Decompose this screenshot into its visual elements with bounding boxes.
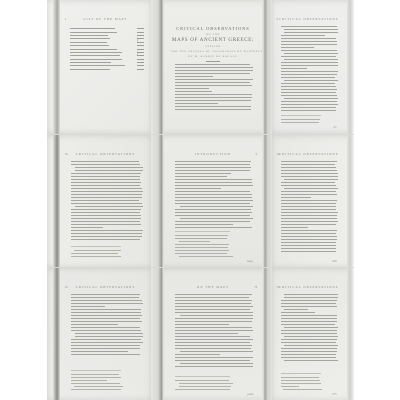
body-text bbox=[71, 161, 143, 259]
body-text bbox=[71, 294, 143, 392]
catchword: keep, bbox=[247, 259, 253, 263]
page-title: CRITICAL OBSERVATIONS ON THE MAPS OF ANC… bbox=[167, 0, 259, 134]
body-lines bbox=[281, 294, 338, 363]
footnote-block bbox=[175, 376, 230, 392]
title-line: BY M. BARBIE DU BOCAGE bbox=[171, 55, 256, 58]
folio-number-bottom: 47 bbox=[334, 125, 337, 129]
page-text: 73 ON THE MAPS point bbox=[167, 268, 259, 400]
running-header: CRITICAL OBSERVATIONS bbox=[68, 285, 143, 290]
brace-glyph: } bbox=[136, 52, 138, 57]
folio-number: x bbox=[65, 17, 67, 21]
page-text: 9 INTRODUCTION keep, bbox=[167, 135, 259, 268]
body-lines bbox=[71, 161, 143, 242]
folio-number: 73 bbox=[254, 285, 257, 289]
scan-page-text: 14 CRITICAL OBSERVATIONS 249 bbox=[272, 134, 354, 268]
body-lines bbox=[175, 161, 253, 230]
running-header: CRITICAL OBSERVATIONS bbox=[68, 152, 143, 157]
scan-page-contents: x LIST OF THE MAPS } } bbox=[47, 0, 151, 134]
contents-list bbox=[70, 27, 144, 71]
page-text: 12 CRITICAL OBSERVATIONS bbox=[63, 268, 148, 400]
running-header: INTRODUCTION bbox=[173, 152, 254, 157]
body-lines bbox=[281, 26, 338, 113]
body-text bbox=[175, 161, 253, 259]
footnote-block bbox=[175, 231, 230, 259]
title-block: CRITICAL OBSERVATIONS ON THE MAPS OF ANC… bbox=[171, 26, 256, 62]
title-line: CRITICAL OBSERVATIONS bbox=[171, 26, 256, 31]
scan-page-title: CRITICAL OBSERVATIONS ON THE MAPS OF ANC… bbox=[151, 0, 272, 134]
scan-page-text: 4 CRITICAL OBSERVATIONS 47 bbox=[272, 0, 354, 134]
running-header: CRITICAL OBSERVATIONS bbox=[279, 285, 338, 290]
scan-page-text: 73 ON THE MAPS point bbox=[151, 267, 272, 400]
title-line: MAPS OF ANCIENT GREECE; bbox=[171, 38, 256, 43]
scan-page-text: 12 CRITICAL OBSERVATIONS bbox=[47, 267, 151, 400]
footnote-block bbox=[71, 246, 122, 259]
title-rule bbox=[206, 61, 220, 62]
folio-number: 4 bbox=[276, 17, 278, 21]
running-header: CRITICAL OBSERVATIONS bbox=[279, 152, 338, 157]
footnote-block bbox=[281, 373, 321, 392]
body-text bbox=[281, 161, 338, 259]
page-contents: x LIST OF THE MAPS } } bbox=[63, 0, 148, 134]
scan-page-text: 9 INTRODUCTION keep, bbox=[151, 134, 272, 268]
page-text: 14 CRITICAL OBSERVATIONS 249 bbox=[275, 135, 342, 268]
running-header: CRITICAL OBSERVATIONS bbox=[279, 17, 338, 22]
body-lines bbox=[281, 161, 338, 254]
folio-number-bottom: 275 bbox=[332, 392, 337, 396]
body-text bbox=[281, 26, 338, 125]
running-header: LIST OF THE MAPS bbox=[68, 17, 143, 22]
body-text bbox=[175, 294, 253, 392]
body-lines bbox=[71, 294, 143, 357]
running-header: ON THE MAPS bbox=[173, 285, 254, 290]
scanned-book-collage: x LIST OF THE MAPS } } CRITICAL OBSERVAT… bbox=[0, 0, 400, 400]
catchword: point bbox=[247, 392, 253, 396]
page-text: 10 CRITICAL OBSERVATIONS bbox=[63, 135, 148, 268]
opening-paragraph bbox=[175, 64, 253, 125]
footnote-block bbox=[281, 115, 321, 125]
page-text: 4 CRITICAL OBSERVATIONS 47 bbox=[275, 0, 342, 134]
footnote-block bbox=[71, 370, 122, 392]
body-text bbox=[281, 294, 338, 392]
folio-number: 9 bbox=[256, 152, 258, 156]
brace-glyph: } bbox=[136, 38, 138, 43]
page-text: 72 CRITICAL OBSERVATIONS 275 bbox=[275, 268, 342, 400]
body-lines bbox=[175, 294, 253, 369]
title-line: APPLIED bbox=[171, 45, 256, 48]
title-line: ON THE bbox=[171, 33, 256, 36]
title-line: FOR THE TRAVELS OF ANACHARSIS BY BARTHEL… bbox=[171, 50, 256, 53]
folio-number-bottom: 249 bbox=[332, 259, 337, 263]
scan-page-text: 72 CRITICAL OBSERVATIONS 275 bbox=[272, 267, 354, 400]
scan-page-text: 10 CRITICAL OBSERVATIONS bbox=[47, 134, 151, 268]
